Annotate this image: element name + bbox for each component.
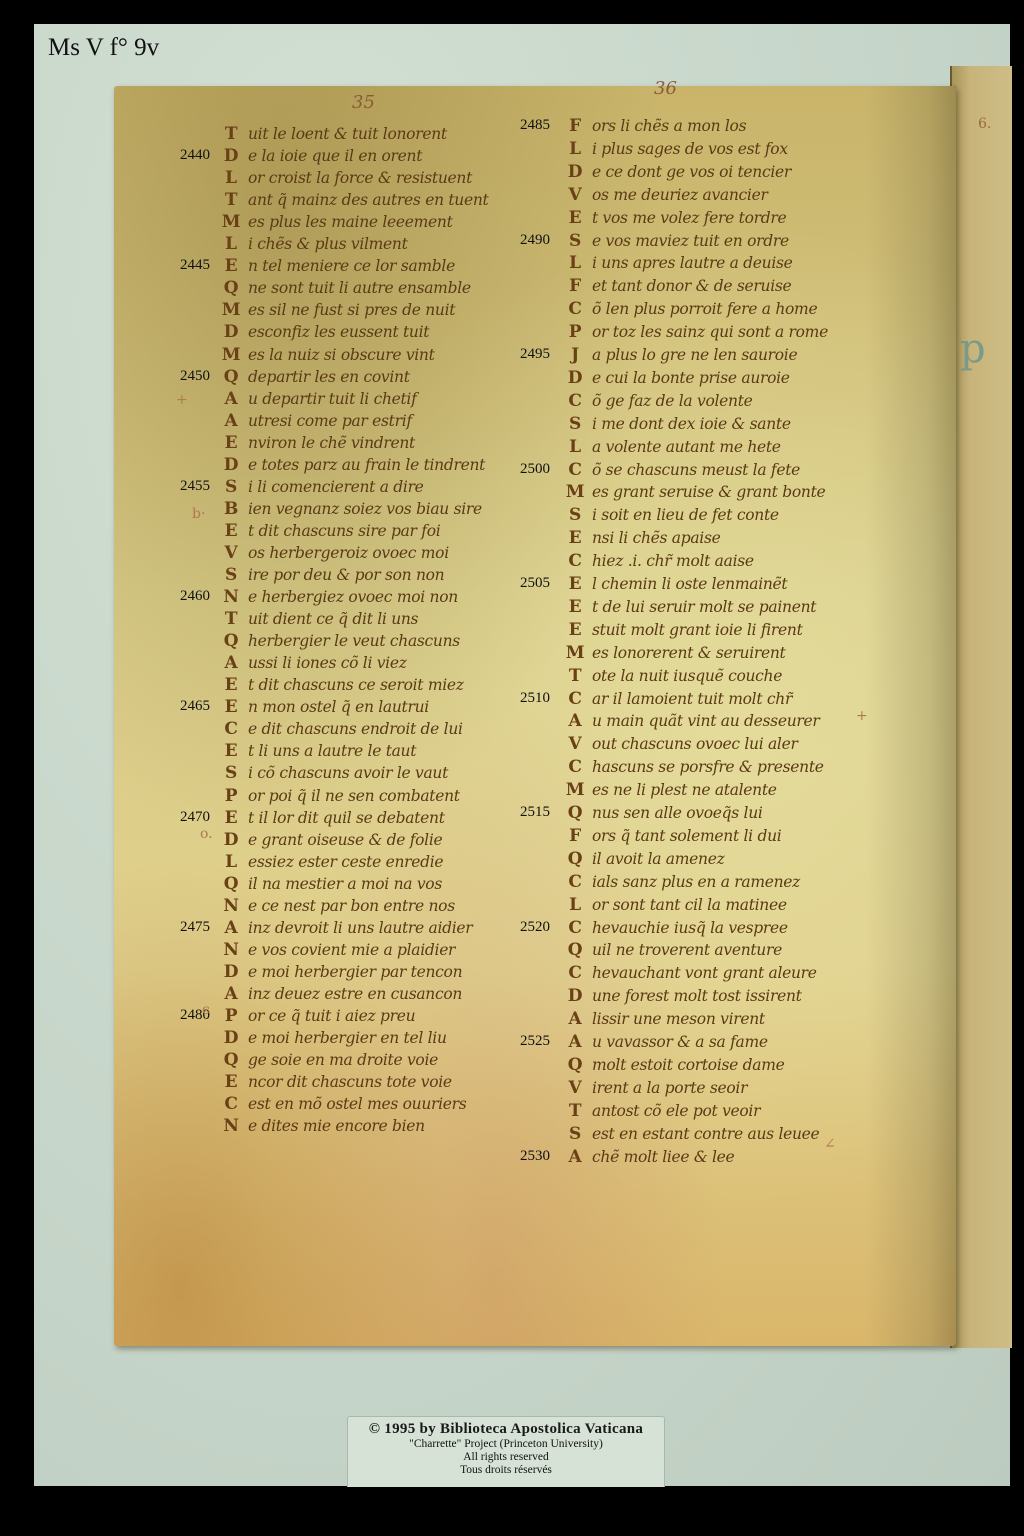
verse-line: Tote la nuit iusquẽ couche [564,666,782,686]
verse-text: ien vegnanz soiez vos biau sire [248,500,482,518]
verse-text: e vos covient mie a plaidier [248,941,455,959]
facing-page-mark: 6. [978,116,991,132]
verse-line: Chevauchie iusq̃ la vespree [564,918,788,938]
verse-initial: E [220,256,242,276]
verse-text: et tant donor & de seruise [592,277,791,295]
verse-line: Estuit molt grant ioie li firent [564,620,803,640]
line-number: 2505 [520,575,550,592]
verse-text: ors li chẽs a mon los [592,117,746,135]
verse-initial: S [564,414,586,434]
verse-line: Cest en mõ ostel mes ouuriers [220,1094,466,1114]
verse-initial: L [220,168,242,188]
verse-text: hascuns se porsfre & presente [592,758,824,776]
verse-line: Aussi li iones cõ li viez [220,653,407,673]
folio-label: Ms V f° 9v [48,34,159,62]
verse-line: Vos me deuriez avancier [564,185,768,205]
verse-line: El chemin li oste lenmainẽt [564,574,787,594]
verse-text: ors q̃ tant solement li dui [592,827,781,845]
verse-line: Alissir une meson virent [564,1009,765,1029]
verse-line: Li chẽs & plus vilment [220,234,408,254]
verse-line: Et dit chascuns ce seroit miez [220,675,464,695]
verse-line: Bien vegnanz soiez vos biau sire [220,499,482,519]
verse-line: De grant oiseuse & de folie [220,830,442,850]
verse-initial: Q [220,631,242,651]
line-number: 2475 [180,919,210,936]
verse-line: Vout chascuns ovoec lui aler [564,734,798,754]
verse-text: inz devroit li uns lautre aidier [248,919,472,937]
copyright-rights-fr: Tous droits réservés [348,1464,664,1477]
verse-initial: S [564,505,586,525]
verse-text: a plus lo gre ne len sauroie [592,346,797,364]
verse-text: or ce q̃ tuit i aiez preu [248,1007,415,1025]
verse-initial: D [220,962,242,982]
verse-initial: E [564,597,586,617]
verse-line: Sest en estant contre aus leuee [564,1124,819,1144]
verse-text: t dit chascuns ce seroit miez [248,676,464,694]
verse-text: out chascuns ovoec lui aler [592,735,798,753]
verse-line: Tuit le loent & tuit lonorent [220,124,447,144]
verse-initial: C [564,391,586,411]
verse-initial: D [220,455,242,475]
verse-initial: A [220,918,242,938]
verse-line: Cõ len plus porroit fere a home [564,299,817,319]
verse-text: or sont tant cil la matinee [592,896,787,914]
verse-initial: A [564,1147,586,1167]
verse-initial: M [220,212,242,232]
verse-line: Ce dit chascuns endroit de lui [220,719,463,739]
verse-line: Environ le chẽ vindrent [220,433,415,453]
line-number: 2465 [180,698,210,715]
line-number: 2510 [520,690,550,707]
verse-initial: Q [220,367,242,387]
verse-text: n tel meniere ce lor samble [248,257,455,275]
verse-line: Desconfiz les eussent tuit [220,322,429,342]
verse-text: ote la nuit iusquẽ couche [592,667,782,685]
verse-text: ials sanz plus en a ramenez [592,873,800,891]
verse-text: e totes parz au frain le tindrent [248,456,485,474]
verse-line: Au main quãt vint au desseurer [564,711,819,731]
margin-mark: b· [192,506,205,522]
verse-line: Por poi q̃ il ne sen combatent [220,786,460,806]
verse-initial: A [220,389,242,409]
verse-initial: M [564,482,586,502]
line-number: 2490 [520,232,550,249]
verse-text: nsi li chẽs apaise [592,529,720,547]
margin-mark: + [176,392,188,408]
verse-line: Por ce q̃ tuit i aiez preu [220,1006,415,1026]
verse-text: utresi come par estrif [248,412,412,430]
verse-text: e grant oiseuse & de folie [248,831,442,849]
verse-line: Por toz les sainz qui sont a rome [564,322,828,342]
line-number: 2515 [520,804,550,821]
verse-initial: E [220,521,242,541]
verse-initial: C [564,757,586,777]
verse-text: ncor dit chascuns tote voie [248,1073,452,1091]
verse-initial: Q [564,940,586,960]
verse-text: nus sen alle ovoeq̃s lui [592,804,763,822]
verse-line: Si me dont dex ioie & sante [564,414,791,434]
margin-mark: + [856,708,868,724]
verse-line: De moi herbergier par tencon [220,962,462,982]
verse-text: e herbergiez ovoec moi non [248,588,458,606]
verse-text: e moi herbergier par tencon [248,963,462,981]
copyright-notice: © 1995 by Biblioteca Apostolica Vaticana… [347,1416,665,1487]
line-number: 2485 [520,117,550,134]
verse-line: Ne ce nest par bon entre nos [220,896,455,916]
verse-line: Au departir tuit li chetif [220,389,417,409]
verse-line: En tel meniere ce lor samble [220,256,455,276]
verse-text: ar il lamoient tuit molt chr̃ [592,690,792,708]
verse-initial: Q [220,1050,242,1070]
verse-line: La volente autant me hete [564,437,781,457]
verse-line: De moi herbergier en tel liu [220,1028,447,1048]
verse-text: irent a la porte seoir [592,1079,747,1097]
verse-line: Ne vos covient mie a plaidier [220,940,455,960]
verse-text: es plus les maine leeement [248,213,453,231]
verse-line: Fet tant donor & de seruise [564,276,791,296]
gutter-shadow [866,86,956,1346]
verse-text: t il lor dit quil se debatent [248,809,445,827]
verse-initial: Q [220,278,242,298]
verse-initial: Q [564,803,586,823]
verse-text: e ce nest par bon entre nos [248,897,455,915]
verse-line: Qdepartir les en covint [220,367,410,387]
verse-line: Mes plus les maine leeement [220,212,453,232]
verse-initial: V [220,543,242,563]
verse-text: t vos me volez fere tordre [592,209,786,227]
verse-text: es ne li plest ne atalente [592,781,777,799]
verse-initial: C [564,963,586,983]
verse-text: t dit chascuns sire par foi [248,522,440,540]
verse-line: Si cõ chascuns avoir le vaut [220,763,448,783]
verse-initial: C [564,299,586,319]
verse-initial: D [220,146,242,166]
verse-line: Li plus sages de vos est fox [564,139,788,159]
verse-initial: A [220,411,242,431]
verse-text: l chemin li oste lenmainẽt [592,575,787,593]
verse-text: ussi li iones cõ li viez [248,654,407,672]
verse-initial: C [564,918,586,938]
verse-text: os me deuriez avancier [592,186,768,204]
verse-text: e la ioie que il en orent [248,147,422,165]
verse-initial: M [220,345,242,365]
verse-line: Et vos me volez fere tordre [564,208,786,228]
verse-line: Chevauchant vont grant aleure [564,963,817,983]
verse-text: i li comencierent a dire [248,478,424,496]
verse-initial: D [564,368,586,388]
verse-text: ant q̃ mainz des autres en tuent [248,191,488,209]
margin-mark: o. [200,826,213,842]
verse-initial: E [564,208,586,228]
verse-text: u departir tuit li chetif [248,390,417,408]
verse-text: es lonorerent & seruirent [592,644,785,662]
verse-initial: M [564,780,586,800]
verse-text: il avoit la amenez [592,850,724,868]
verse-line: Dune forest molt tost issirent [564,986,802,1006]
line-number: 2520 [520,919,550,936]
line-number: 2440 [180,147,210,164]
verse-initial: E [220,433,242,453]
verse-text: a volente autant me hete [592,438,781,456]
verse-line: Ainz devroit li uns lautre aidier [220,918,472,938]
verse-text: i uns apres lautre a deuise [592,254,793,272]
verse-text: chẽ molt liee & lee [592,1148,734,1166]
verse-initial: C [564,460,586,480]
verse-line: Sire por deu & por son non [220,565,444,585]
verse-text: es sil ne fust si pres de nuit [248,301,455,319]
verse-initial: E [564,574,586,594]
verse-initial: L [564,895,586,915]
verse-initial: Q [564,1055,586,1075]
verse-initial: L [564,139,586,159]
verse-initial: D [564,986,586,1006]
verse-line: En mon ostel q̃ en lautrui [220,697,429,717]
verse-line: Si li comencierent a dire [220,477,424,497]
verse-initial: A [564,1009,586,1029]
verse-line: Ensi li chẽs apaise [564,528,720,548]
verse-text: herbergier le veut chascuns [248,632,460,650]
verse-initial: E [220,697,242,717]
verse-text: esconfiz les eussent tuit [248,323,429,341]
verse-initial: P [220,786,242,806]
verse-line: Qnus sen alle ovoeq̃s lui [564,803,763,823]
verse-line: Achẽ molt liee & lee [564,1147,734,1167]
verse-text: est en estant contre aus leuee [592,1125,819,1143]
verse-line: Cõ se chascuns meust la fete [564,460,800,480]
verse-text: stuit molt grant ioie li firent [592,621,803,639]
verse-line: Mes grant seruise & grant bonte [564,482,825,502]
verse-text: uit dient ce q̃ dit li uns [248,610,418,628]
verse-initial: E [220,741,242,761]
verse-line: Qil na mestier a moi na vos [220,874,442,894]
verse-text: i soit en lieu de fet conte [592,506,779,524]
verse-text: ne sont tuit li autre ensamble [248,279,471,297]
verse-initial: L [220,234,242,254]
verse-text: u vavassor & a sa fame [592,1033,768,1051]
verse-text: e ce dont ge vos oi tencier [592,163,791,181]
verse-line: Tuit dient ce q̃ dit li uns [220,609,418,629]
verse-text: est en mõ ostel mes ouuriers [248,1095,466,1113]
verse-initial: S [220,477,242,497]
facing-page-edge: 6. p [950,66,1012,1348]
line-number: 2495 [520,346,550,363]
verse-initial: T [564,666,586,686]
verse-line: Et dit chascuns sire par foi [220,521,440,541]
verse-line: Ne dites mie encore bien [220,1116,425,1136]
verse-initial: C [220,1094,242,1114]
verse-line: Tant q̃ mainz des autres en tuent [220,190,488,210]
verse-initial: J [564,345,586,365]
verse-line: Qil avoit la amenez [564,849,724,869]
verse-initial: E [220,1072,242,1092]
verse-text: nviron le chẽ vindrent [248,434,415,452]
verse-line: Et li uns a lautre le taut [220,741,416,761]
verse-text: lissir une meson virent [592,1010,765,1028]
verse-initial: L [564,253,586,273]
verse-text: ge soie en ma droite voie [248,1051,438,1069]
verse-text: il na mestier a moi na vos [248,875,442,893]
verse-text: departir les en covint [248,368,410,386]
verse-line: Tantost cõ ele pot veoir [564,1101,760,1121]
verse-text: or toz les sainz qui sont a rome [592,323,828,341]
verse-line: Et de lui seruir molt se painent [564,597,816,617]
line-number: 2450 [180,368,210,385]
copyright-project: "Charrette" Project (Princeton Universit… [348,1438,664,1451]
verse-text: t de lui seruir molt se painent [592,598,816,616]
verse-text: õ se chascuns meust la fete [592,461,800,479]
verse-line: Ja plus lo gre ne len sauroie [564,345,797,365]
verse-line: Qne sont tuit li autre ensamble [220,278,471,298]
verse-initial: E [220,808,242,828]
verse-text: uit le loent & tuit lonorent [248,125,447,143]
verse-initial: F [564,826,586,846]
verse-initial: C [564,689,586,709]
verse-initial: A [564,1032,586,1052]
verse-line: Fors li chẽs a mon los [564,116,746,136]
verse-initial: V [564,185,586,205]
verse-line: Lor sont tant cil la matinee [564,895,787,915]
verse-line: Lor croist la force & resistuent [220,168,472,188]
verse-initial: Q [220,874,242,894]
verse-initial: N [220,940,242,960]
verse-initial: N [220,1116,242,1136]
line-number: 2470 [180,809,210,826]
verse-line: Cõ ge faz de la volente [564,391,753,411]
verse-initial: A [564,711,586,731]
verse-text: hiez .i. chr̃ molt aaise [592,552,754,570]
verse-initial: E [564,620,586,640]
verse-line: Lessiez ester ceste enredie [220,852,443,872]
verse-text: i me dont dex ioie & sante [592,415,791,433]
verse-line: Chascuns se porsfre & presente [564,757,824,777]
verse-text: ire por deu & por son non [248,566,444,584]
verse-text: e dit chascuns endroit de lui [248,720,463,738]
verse-line: Autresi come par estrif [220,411,412,431]
verse-line: Qherbergier le veut chascuns [220,631,460,651]
verse-initial: P [220,1006,242,1026]
verse-text: e cui la bonte prise auroie [592,369,790,387]
verse-initial: T [564,1101,586,1121]
verse-line: Mes sil ne fust si pres de nuit [220,300,455,320]
line-number: 2530 [520,1148,550,1165]
verse-text: i cõ chascuns avoir le vaut [248,764,448,782]
verse-text: antost cõ ele pot veoir [592,1102,760,1120]
verse-text: õ len plus porroit fere a home [592,300,817,318]
verse-text: e moi herbergier en tel liu [248,1029,447,1047]
verse-text: e dites mie encore bien [248,1117,425,1135]
verse-initial: M [220,300,242,320]
verse-line: De ce dont ge vos oi tencier [564,162,791,182]
verse-initial: F [564,276,586,296]
verse-text: os herbergeroiz ovoec moi [248,544,449,562]
verse-initial: V [564,1078,586,1098]
verse-line: Si soit en lieu de fet conte [564,505,779,525]
verse-initial: S [564,231,586,251]
verse-initial: L [220,852,242,872]
verse-line: Mes la nuiz si obscure vint [220,345,435,365]
verse-text: es grant seruise & grant bonte [592,483,825,501]
verse-text: hevauchie iusq̃ la vespree [592,919,788,937]
verse-line: Qge soie en ma droite voie [220,1050,438,1070]
verse-initial: C [220,719,242,739]
verse-text: i plus sages de vos est fox [592,140,788,158]
verse-initial: B [220,499,242,519]
verse-line: Quil ne troverent aventure [564,940,782,960]
verse-initial: L [564,437,586,457]
verse-text: e vos maviez tuit en ordre [592,232,789,250]
verse-text: uil ne troverent aventure [592,941,782,959]
verse-text: inz deuez estre en cusancon [248,985,462,1003]
verse-initial: P [564,322,586,342]
verse-text: u main quãt vint au desseurer [592,712,819,730]
margin-mark: c [202,1002,210,1018]
verse-initial: T [220,190,242,210]
verse-initial: D [220,322,242,342]
copyright-main: © 1995 by Biblioteca Apostolica Vaticana [348,1421,664,1438]
verse-text: hevauchant vont grant aleure [592,964,817,982]
line-number: 2460 [180,588,210,605]
verse-text: i chẽs & plus vilment [248,235,408,253]
verse-line: De cui la bonte prise auroie [564,368,790,388]
page-number-right: 36 [654,78,677,99]
verse-line: Fors q̃ tant solement li dui [564,826,781,846]
verse-initial: F [564,116,586,136]
verse-line: Mes ne li plest ne atalente [564,780,777,800]
verse-initial: Q [564,849,586,869]
verse-line: Ne herbergiez ovoec moi non [220,587,458,607]
verse-line: Et il lor dit quil se debatent [220,808,445,828]
verse-initial: A [220,653,242,673]
facing-page-initial: p [960,326,986,372]
verse-initial: A [220,984,242,1004]
verse-text: essiez ester ceste enredie [248,853,443,871]
verse-line: Chiez .i. chr̃ molt aaise [564,551,754,571]
verse-initial: D [220,1028,242,1048]
verse-initial: D [220,830,242,850]
verse-text: molt estoit cortoise dame [592,1056,784,1074]
verse-initial: V [564,734,586,754]
verse-initial: E [220,675,242,695]
verse-line: De la ioie que il en orent [220,146,422,166]
verse-text: n mon ostel q̃ en lautrui [248,698,429,716]
line-number: 2455 [180,478,210,495]
verse-line: Qmolt estoit cortoise dame [564,1055,784,1075]
verse-line: Encor dit chascuns tote voie [220,1072,452,1092]
margin-mark: ∠ [824,1136,836,1152]
verse-line: Virent a la porte seoir [564,1078,747,1098]
verse-text: es la nuiz si obscure vint [248,346,435,364]
verse-line: Mes lonorerent & seruirent [564,643,785,663]
verse-initial: N [220,587,242,607]
verse-initial: N [220,896,242,916]
verse-initial: E [564,528,586,548]
verse-initial: D [564,162,586,182]
verse-initial: T [220,124,242,144]
verse-text: t li uns a lautre le taut [248,742,416,760]
verse-line: Ainz deuez estre en cusancon [220,984,462,1004]
verse-initial: C [564,872,586,892]
line-number: 2500 [520,461,550,478]
verse-initial: S [220,565,242,585]
verse-line: De totes parz au frain le tindrent [220,455,485,475]
verse-text: une forest molt tost issirent [592,987,802,1005]
manuscript-page: 35 36 Tuit le loent & tuit lonorent2440D… [114,86,956,1346]
verse-line: Car il lamoient tuit molt chr̃ [564,689,792,709]
verse-line: Vos herbergeroiz ovoec moi [220,543,449,563]
verse-line: Se vos maviez tuit en ordre [564,231,789,251]
verse-line: Li uns apres lautre a deuise [564,253,793,273]
line-number: 2445 [180,257,210,274]
